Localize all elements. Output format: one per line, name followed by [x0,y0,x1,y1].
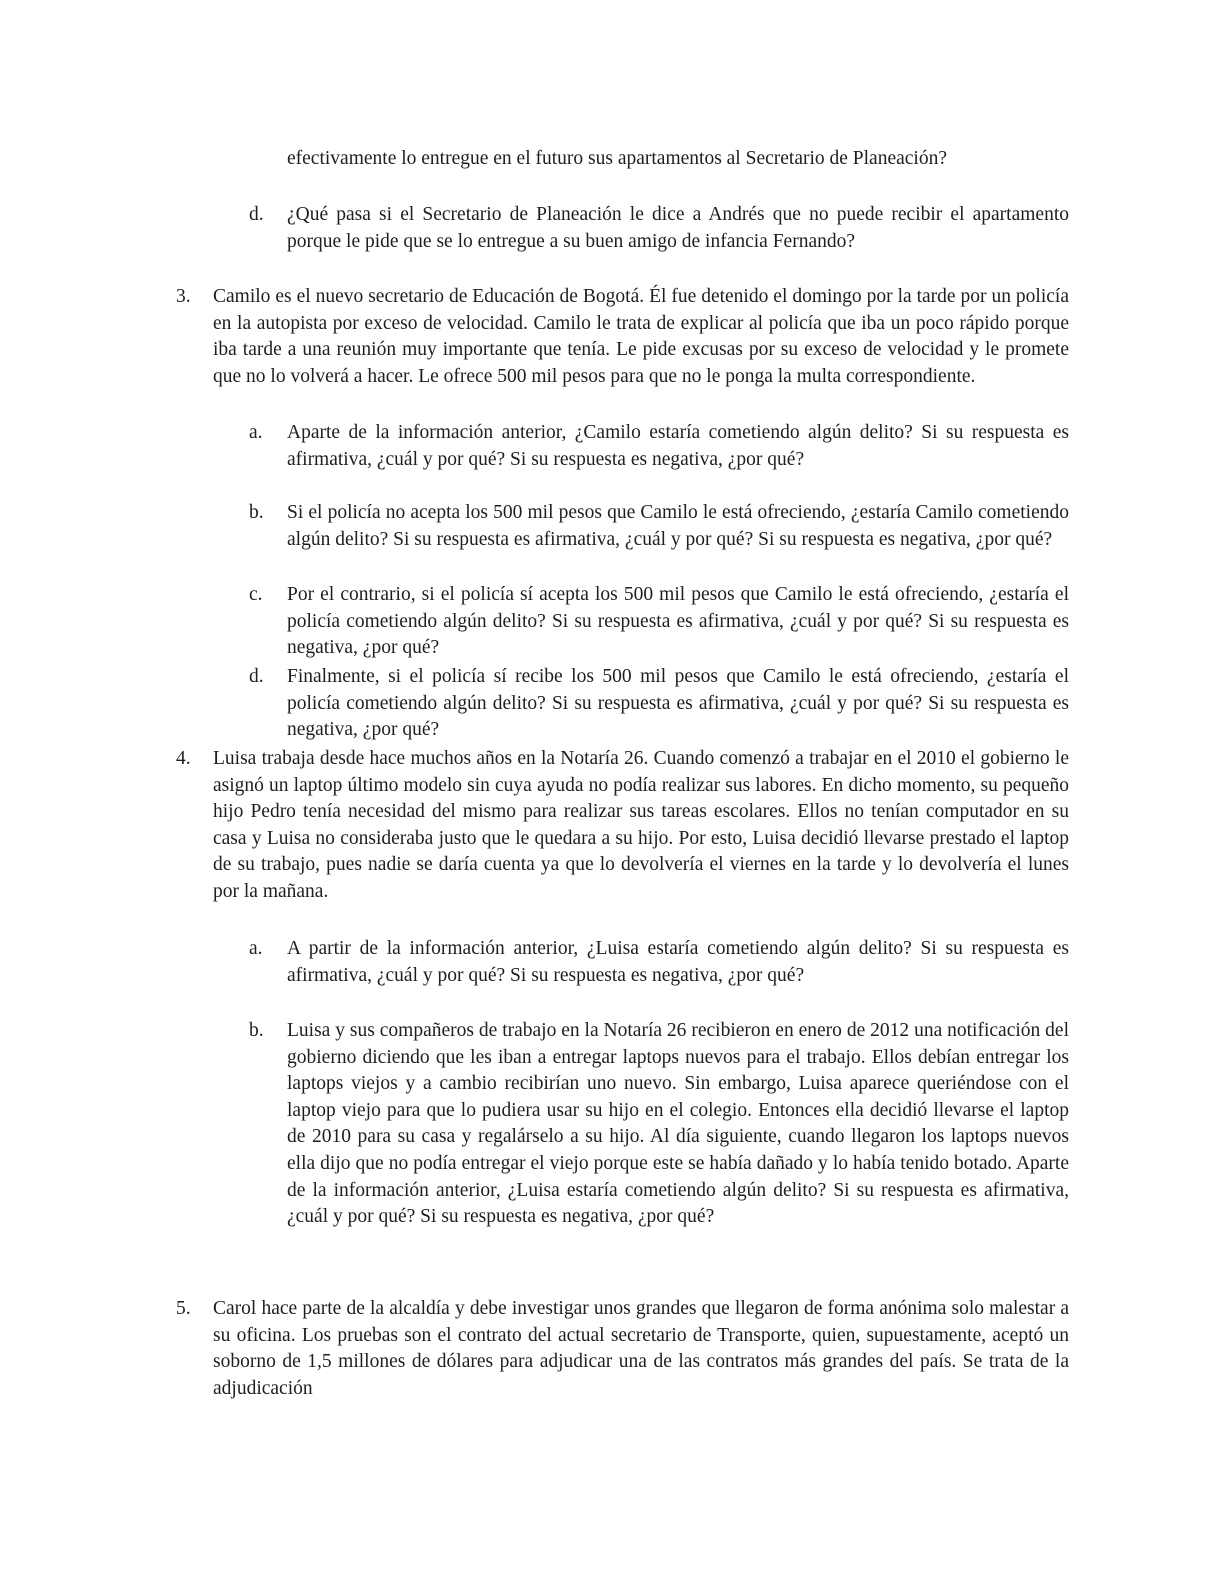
question-number: 4. [176,746,191,773]
item-label: c. [249,582,263,609]
sub-item-text: A partir de la información anterior, ¿Lu… [287,936,1069,989]
paragraph-text: Camilo es el nuevo secretario de Educaci… [213,284,1069,390]
item-label: d. [249,664,264,691]
document-page: efectivamente lo entregue en el futuro s… [0,0,1224,1584]
item-label: d. [249,202,264,229]
continuation-paragraph: efectivamente lo entregue en el futuro s… [287,146,1069,173]
sub-item-text: Finalmente, si el policía sí recibe los … [287,664,1069,744]
paragraph-text: Por el contrario, si el policía sí acept… [287,582,1069,662]
paragraph-text: Finalmente, si el policía sí recibe los … [287,664,1069,744]
item-label: a. [249,420,263,447]
question-text: Luisa trabaja desde hace muchos años en … [213,746,1069,906]
paragraph-text: A partir de la información anterior, ¿Lu… [287,936,1069,989]
sub-item-text: Aparte de la información anterior, ¿Cami… [287,420,1069,473]
paragraph-text: Luisa trabaja desde hace muchos años en … [213,746,1069,906]
item-label: a. [249,936,263,963]
paragraph-text: Si el policía no acepta los 500 mil peso… [287,500,1069,553]
paragraph-text: ¿Qué pasa si el Secretario de Planeación… [287,202,1069,255]
question-text: Carol hace parte de la alcaldía y debe i… [213,1296,1069,1402]
sub-item-text: Por el contrario, si el policía sí acept… [287,582,1069,662]
paragraph-text: Luisa y sus compañeros de trabajo en la … [287,1018,1069,1231]
question-number: 5. [176,1296,191,1323]
item-label: b. [249,1018,264,1045]
question-text: Camilo es el nuevo secretario de Educaci… [213,284,1069,390]
question-number: 3. [176,284,191,311]
sub-item-text: Si el policía no acepta los 500 mil peso… [287,500,1069,553]
paragraph-text: Carol hace parte de la alcaldía y debe i… [213,1296,1069,1402]
paragraph-text: efectivamente lo entregue en el futuro s… [287,146,1069,173]
sub-item-text: Luisa y sus compañeros de trabajo en la … [287,1018,1069,1231]
sub-item-text: ¿Qué pasa si el Secretario de Planeación… [287,202,1069,255]
paragraph-text: Aparte de la información anterior, ¿Cami… [287,420,1069,473]
item-label: b. [249,500,264,527]
